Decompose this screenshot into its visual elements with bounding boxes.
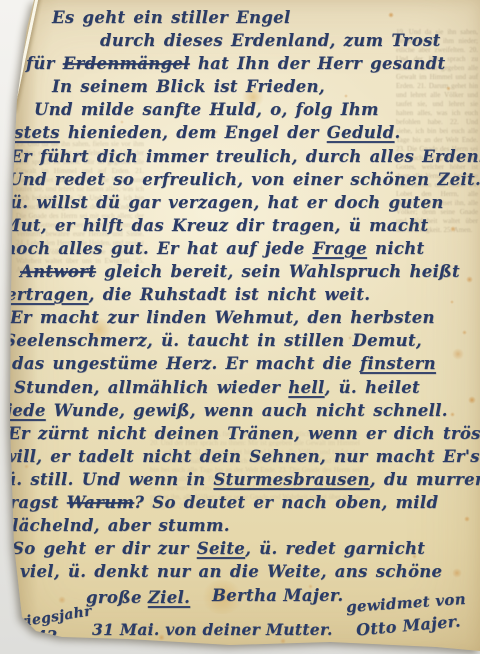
- ink-underline: Seite: [197, 539, 245, 558]
- manuscript-line: ertragen, die Ruhstadt ist nicht weit.: [6, 283, 478, 306]
- signature-bertha: Bertha Majer.: [212, 586, 343, 605]
- ink-underline: finstern: [360, 354, 436, 373]
- ink-underline: ertragen: [6, 285, 89, 304]
- ink-underline: Sturmesbrausen: [213, 470, 369, 489]
- manuscript-line: Er zürnt nicht deinen Tränen, wenn er di…: [8, 422, 478, 445]
- closing-words: große Ziel.: [86, 588, 190, 607]
- manuscript-line: Stunden, allmählich wieder hell, ü. heil…: [14, 376, 478, 399]
- manuscript-line: lächelnd, aber stumm.: [12, 514, 478, 537]
- ink-underline: stets: [14, 123, 60, 142]
- manuscript-line: In seinem Blick ist Frieden,: [52, 75, 478, 98]
- manuscript-lines: Es geht ein stiller Engeldurch dieses Er…: [0, 6, 478, 583]
- paper-shadow: 19. Und da sie ihn sahen, fielen sie vor…: [0, 0, 480, 654]
- closing-ziel-word: Ziel.: [148, 588, 190, 607]
- manuscript-line: Er macht zur linden Wehmut, den herbsten: [10, 306, 478, 329]
- manuscript-line: ü. willst dü gar verzagen, hat er doch g…: [10, 191, 478, 214]
- ink-strikethrough: Antwort: [20, 262, 96, 281]
- scanned-letter-page: 19. Und da sie ihn sahen, fielen sie vor…: [0, 0, 480, 654]
- manuscript-line: So geht er dir zur Seite, ü. redet garni…: [12, 537, 478, 560]
- manuscript-line: viel, ü. denkt nur an die Weite, ans sch…: [20, 560, 478, 583]
- manuscript-line: fragst Warum? So deutet er nach oben, mi…: [2, 491, 478, 514]
- ink-underline: Frage: [313, 239, 367, 258]
- manuscript-line: für Erdenmängel hat Ihn der Herr gesandt: [26, 52, 478, 75]
- ink-underline: hell: [288, 378, 324, 397]
- date-note: 31 Mai. von deiner Mutter.: [92, 620, 333, 639]
- manuscript-line: stets hienieden, dem Engel der Geduld.: [14, 121, 478, 144]
- manuscript-line: ü. still. Und wenn in Sturmesbrausen, du…: [4, 468, 478, 491]
- manuscript-line: durch dieses Erdenland, zum Trost: [100, 29, 478, 52]
- manuscript-line: noch alles gut. Er hat auf jede Frage ni…: [4, 237, 478, 260]
- manuscript-line: Seelenschmerz, ü. taucht in stillen Demu…: [4, 329, 478, 352]
- manuscript-line: Mut, er hilft das Kreuz dir tragen, ü ma…: [2, 214, 478, 237]
- manuscript-line: Und milde sanfte Huld, o, folg Ihm: [34, 98, 478, 121]
- ink-strikethrough: Erdenmängel: [63, 54, 190, 73]
- closing-prefix: große: [86, 588, 148, 607]
- aged-paper: 19. Und da sie ihn sahen, fielen sie vor…: [0, 0, 480, 654]
- ink-underline: jede: [6, 401, 46, 420]
- manuscript-line: Er führt dich immer treulich, durch alle…: [10, 145, 478, 168]
- manuscript-line: will, er tadelt nicht dein Sehnen, nur m…: [2, 445, 478, 468]
- ink-underline: Geduld: [327, 123, 395, 142]
- ink-strikethrough: Warum: [67, 493, 134, 512]
- manuscript-line: Es geht ein stiller Engel: [52, 6, 478, 29]
- manuscript-line: Antwort gleich bereit, sein Wahlspruch h…: [20, 260, 478, 283]
- war-year-number: 42: [36, 627, 57, 645]
- manuscript-line: das ungestüme Herz. Er macht die finster…: [12, 352, 478, 375]
- manuscript-line: Und redet so erfreulich, von einer schön…: [8, 168, 478, 191]
- manuscript-line: jede Wunde, gewiß, wenn auch nicht schne…: [6, 399, 478, 422]
